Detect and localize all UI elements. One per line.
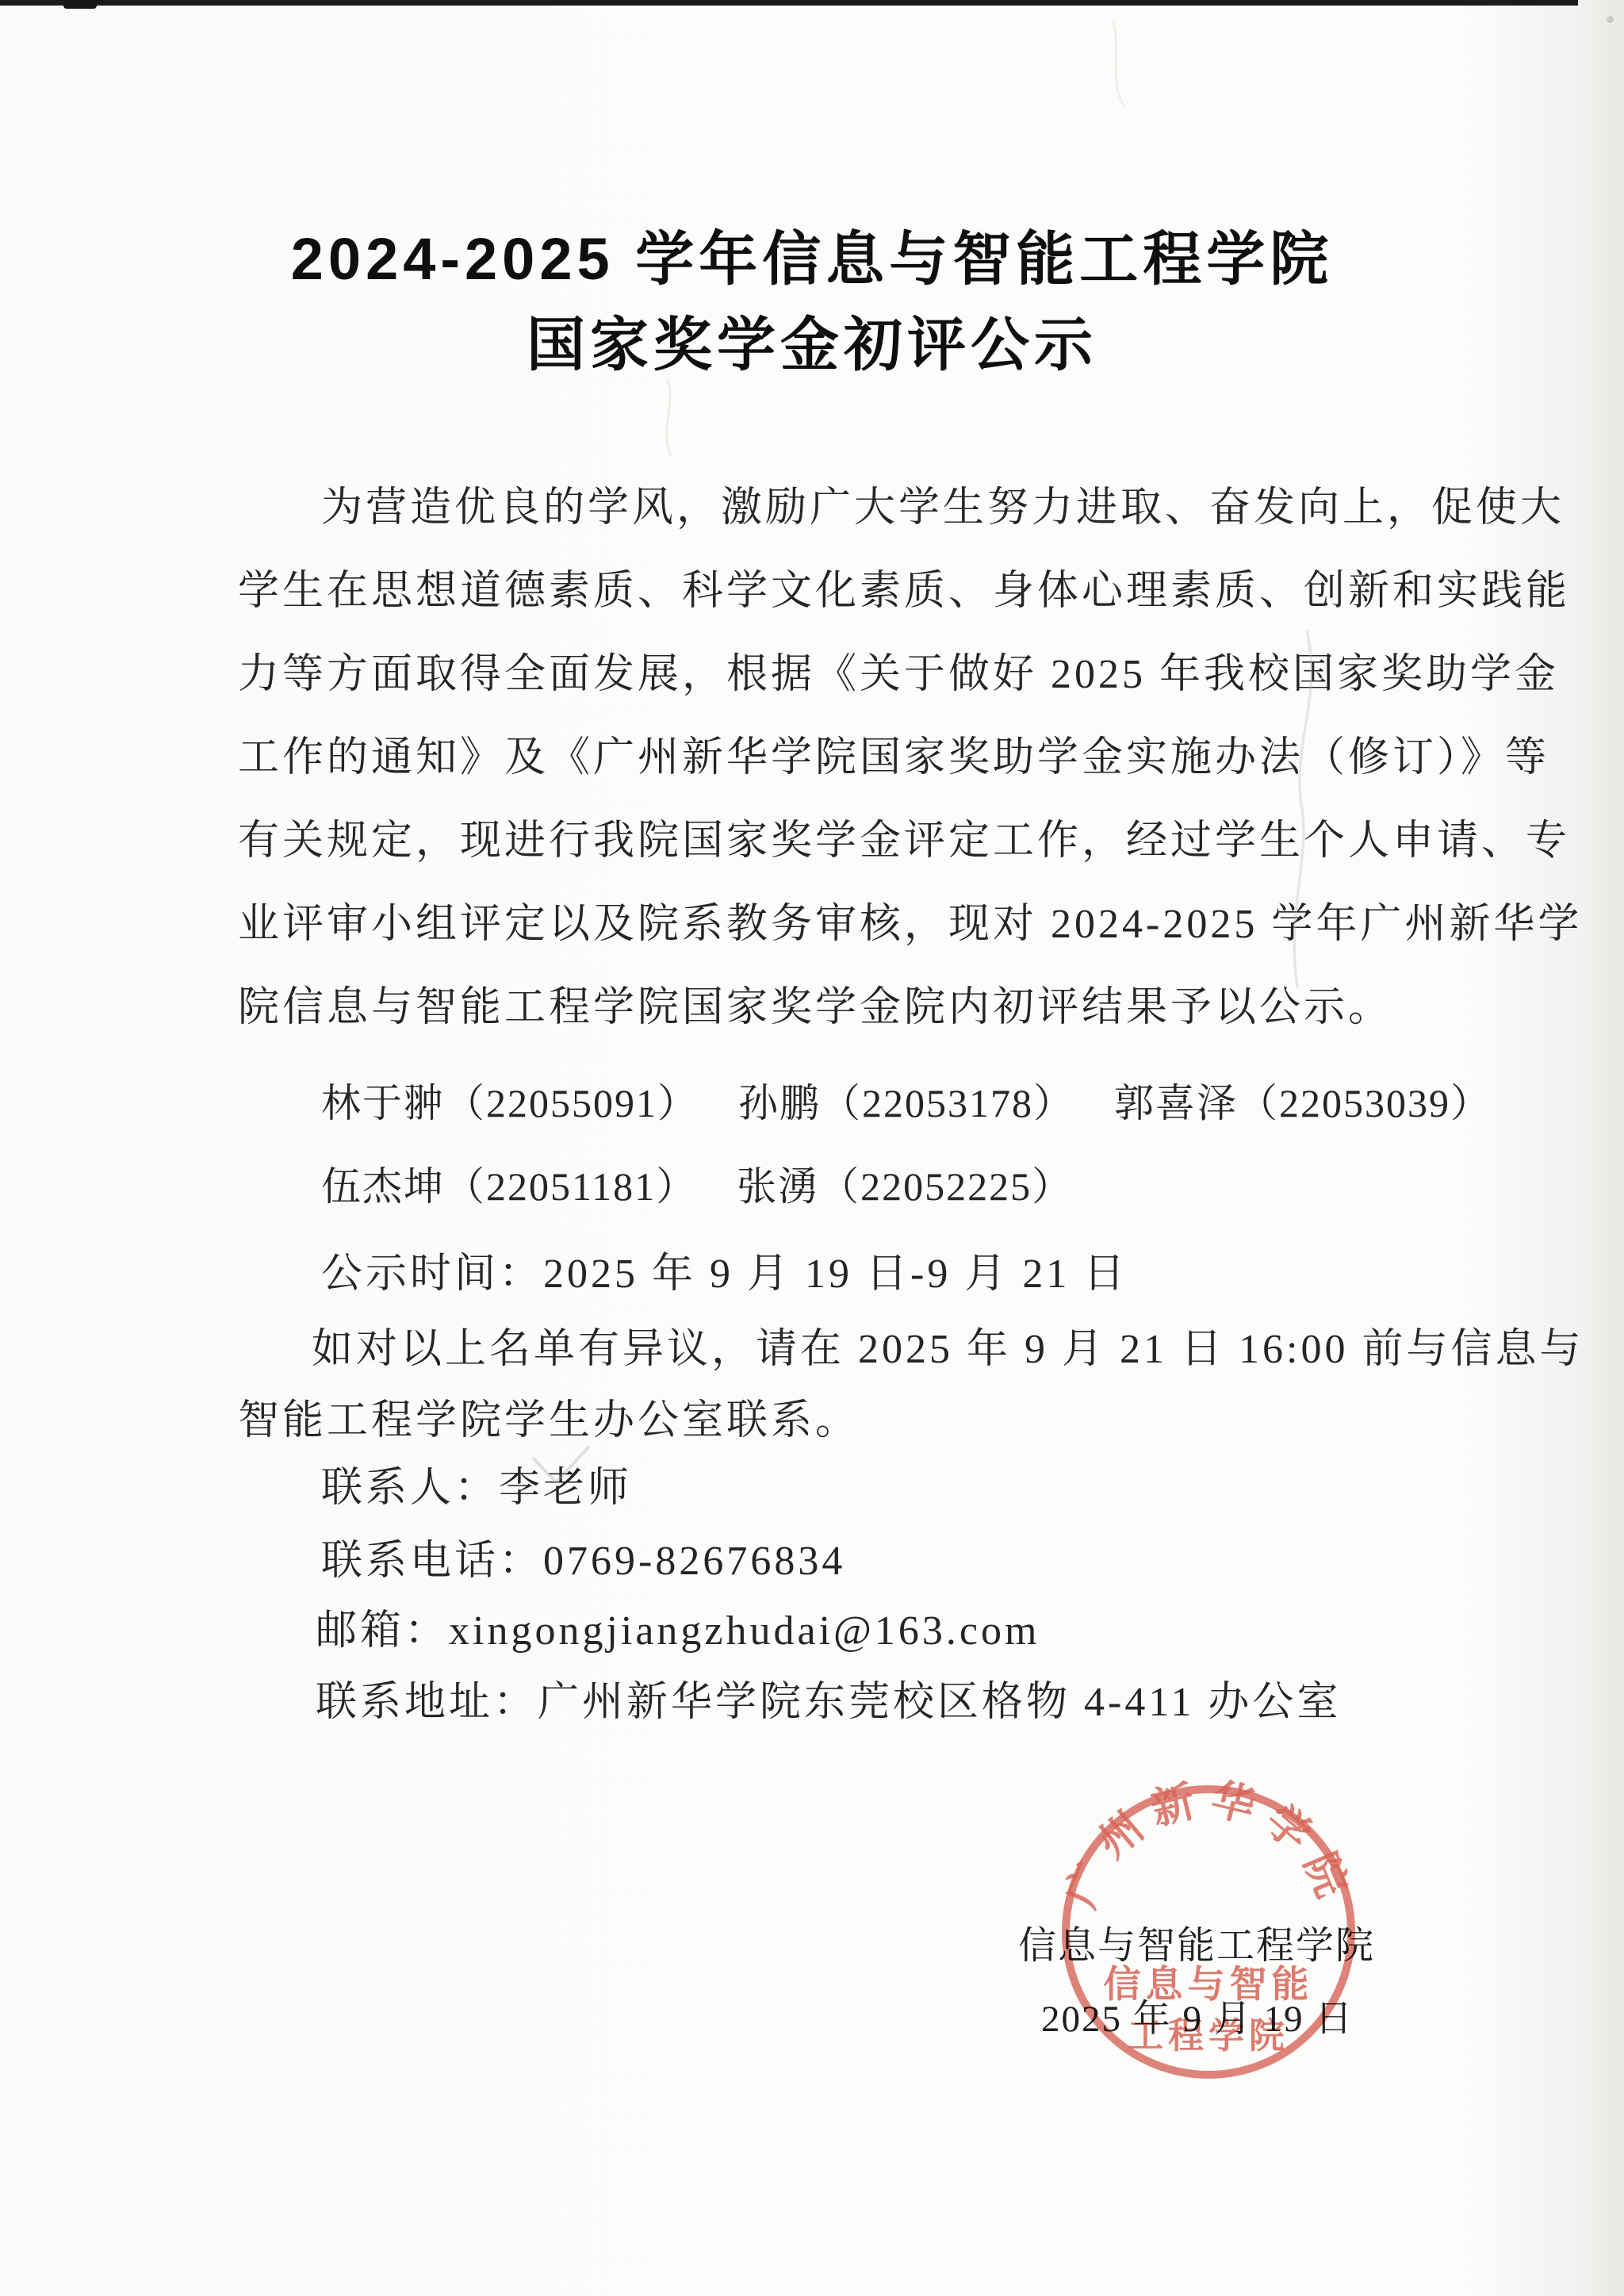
contact-email-line: 邮箱：xingongjiangzhudai@163.com [316,1604,1040,1659]
candidate-entry: 孙鹏（22053178） [738,1075,1074,1131]
objection-line-1: 如对以上名单有异议，请在 2025 年 9 月 21 日 16:00 前与信息与 [312,1322,1584,1378]
body-line-6: 业评审小组评定以及院系教务审核，现对 2024-2025 学年广州新华学 [238,897,1582,953]
candidate-entry: 林于翀（22055091） [321,1075,699,1131]
notice-title-line-1: 2024-2025 学年信息与智能工程学院 [0,213,1624,297]
contact-address-line: 联系地址：广州新华学院东莞校区格物 4-411 办公室 [316,1675,1341,1731]
candidate-entry: 张湧（22052225） [737,1159,1073,1214]
body-line-4: 工作的通知》及《广州新华学院国家奖助学金实施办法（修订）》等 [238,730,1549,786]
contact-phone-line: 联系电话：0769-82676834 [321,1534,845,1589]
seal-arc-text: 广州新华学院 [1057,1775,1360,1915]
candidate-entry: 郭喜泽（22053039） [1114,1075,1492,1131]
body-line-7: 院信息与智能工程学院国家奖学金院内初评结果予以公示。 [238,980,1392,1036]
seal-inner-line-1: 信息与智能 [1104,1964,1314,2006]
scan-edge-blob [63,0,97,9]
body-line-1: 为营造优良的学风，激励广大学生努力进取、奋发向上，促使大 [321,481,1565,536]
seal-arc-text-holder: 广州新华学院 [1057,1775,1360,1915]
official-seal-stamp: 广州新华学院 信息与智能 工程学院 [1048,1772,1369,2092]
body-line-5: 有关规定，现进行我院国家奖学金评定工作，经过学生个人申请、专 [238,814,1570,869]
body-line-3: 力等方面取得全面发展，根据《关于做好 2025 年我校国家奖助学金 [238,647,1559,703]
scan-edge-bar [0,0,1578,6]
scan-speck [1607,16,1614,23]
seal-inner-line-2: 工程学院 [1128,2016,1289,2056]
notice-title-line-2: 国家奖学金初评公示 [0,298,1624,382]
scanned-notice-page: 2024-2025 学年信息与智能工程学院 国家奖学金初评公示 为营造优良的学风… [0,0,1624,2296]
objection-line-2: 智能工程学院学生办公室联系。 [238,1393,860,1449]
publicity-period-line: 公示时间：2025 年 9 月 19 日-9 月 21 日 [321,1247,1128,1302]
candidate-row-1: 林于翀（22055091） 孙鹏（22053178） 郭喜泽（22053039） [321,1075,1492,1131]
candidate-entry: 伍杰坤（22051181） [321,1159,697,1214]
candidate-row-2: 伍杰坤（22051181） 张湧（22052225） [321,1159,1073,1214]
contact-person-line: 联系人：李老师 [321,1461,632,1516]
body-line-2: 学生在思想道德素质、科学文化素质、身体心理素质、创新和实践能 [238,564,1570,619]
